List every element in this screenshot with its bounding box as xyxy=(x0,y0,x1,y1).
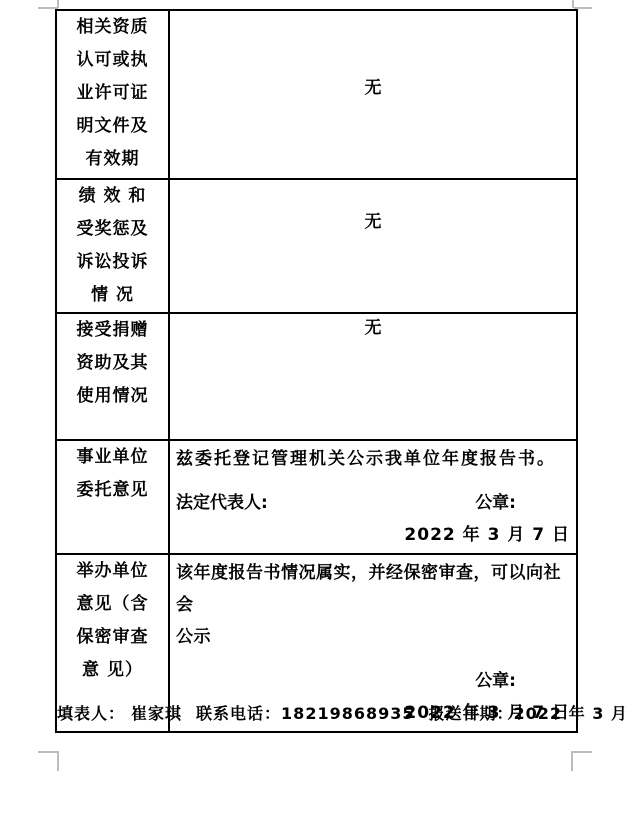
sponsor-statement-line2: 公示 xyxy=(176,621,570,653)
label-line: 保密审查 xyxy=(57,621,168,654)
text-boundary-mark-top-right-v xyxy=(572,0,574,8)
row-label-qualifications: 相关资质 认可或执 业许可证 明文件及 有效期 xyxy=(56,10,169,179)
row-label-entrusted-opinion: 事业单位 委托意见 xyxy=(56,440,169,554)
submit-date-label: 报送日期： xyxy=(429,704,514,723)
official-seal-label: 公章: xyxy=(475,487,570,519)
row-value-donations: 无 xyxy=(169,313,577,440)
label-line: 认可或执 xyxy=(57,44,168,77)
table-row-qualifications: 相关资质 认可或执 业许可证 明文件及 有效期 无 xyxy=(56,10,577,179)
row-label-donations: 接受捐赠 资助及其 使用情况 xyxy=(56,313,169,440)
legal-representative-label: 法定代表人: xyxy=(176,487,268,519)
row-value-entrusted-opinion: 兹委托登记管理机关公示我单位年度报告书。 法定代表人: 公章: 2022 年 3… xyxy=(169,440,577,554)
phone-label: 联系电话： xyxy=(196,704,281,723)
text-boundary-mark-bottom-left-v xyxy=(57,751,59,771)
footer-info-line: 填表人：崔家琪联系电话：18219868935报送日期：2022 年 3 月 7… xyxy=(57,701,632,724)
table-row-donations: 接受捐赠 资助及其 使用情况 无 xyxy=(56,313,577,440)
label-line: 明文件及 xyxy=(57,110,168,143)
row-label-performance: 绩 效 和 受奖惩及 诉讼投诉 情 况 xyxy=(56,179,169,313)
official-seal-label: 公章: xyxy=(176,665,570,697)
document-page: 相关资质 认可或执 业许可证 明文件及 有效期 无 绩 效 和 受奖惩及 诉讼投… xyxy=(0,0,632,827)
text-boundary-mark-bottom-left-h xyxy=(38,751,58,753)
label-line: 情 况 xyxy=(57,279,168,312)
phone-number: 18219868935 xyxy=(281,704,414,723)
value-none: 无 xyxy=(365,78,382,98)
signature-row: 法定代表人: 公章: xyxy=(176,487,570,519)
table-row-performance: 绩 效 和 受奖惩及 诉讼投诉 情 况 无 xyxy=(56,179,577,313)
annual-report-table: 相关资质 认可或执 业许可证 明文件及 有效期 无 绩 效 和 受奖惩及 诉讼投… xyxy=(55,9,578,733)
label-line: 有效期 xyxy=(57,143,168,176)
label-line: 资助及其 xyxy=(57,347,168,380)
value-none: 无 xyxy=(365,212,382,232)
text-boundary-mark-bottom-right-v xyxy=(571,751,573,771)
label-line: 诉讼投诉 xyxy=(57,246,168,279)
text-boundary-mark-top-left-v xyxy=(57,0,59,8)
filler-label: 填表人： xyxy=(57,704,125,723)
row-value-performance: 无 xyxy=(169,179,577,313)
value-none: 无 xyxy=(365,318,382,338)
label-line: 相关资质 xyxy=(57,11,168,44)
label-line: 举办单位 xyxy=(57,555,168,588)
filler-name: 崔家琪 xyxy=(131,704,182,723)
text-boundary-mark-bottom-right-h xyxy=(572,751,592,753)
label-line: 绩 效 和 xyxy=(57,180,168,213)
label-line: 事业单位 xyxy=(57,441,168,474)
label-line: 意见（含 xyxy=(57,588,168,621)
label-line: 接受捐赠 xyxy=(57,314,168,347)
sponsor-statement-line1: 该年度报告书情况属实，并经保密审查，可以向社会 xyxy=(176,557,570,621)
submit-date: 2022 年 3 月 7 日 xyxy=(514,704,632,723)
label-line: 业许可证 xyxy=(57,77,168,110)
entrust-statement: 兹委托登记管理机关公示我单位年度报告书。 xyxy=(176,443,570,475)
row-value-qualifications: 无 xyxy=(169,10,577,179)
table-row-entrusted-opinion: 事业单位 委托意见 兹委托登记管理机关公示我单位年度报告书。 法定代表人: 公章… xyxy=(56,440,577,554)
label-line: 受奖惩及 xyxy=(57,213,168,246)
entrust-date: 2022 年 3 月 7 日 xyxy=(176,519,570,551)
label-line: 意 见） xyxy=(57,654,168,687)
label-line: 委托意见 xyxy=(57,474,168,507)
label-line: 使用情况 xyxy=(57,380,168,413)
